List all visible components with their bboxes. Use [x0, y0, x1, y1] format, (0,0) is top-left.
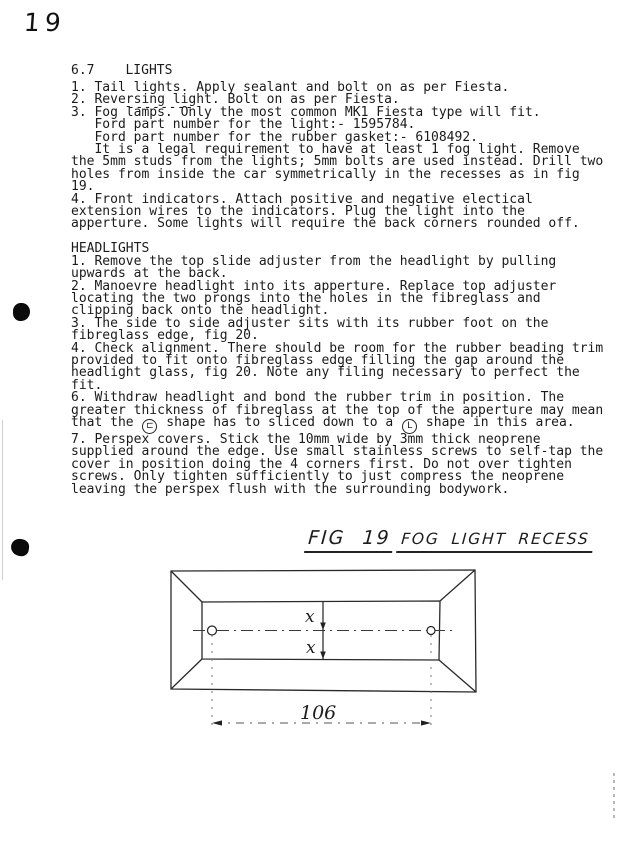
- dimension-arrow-center: [320, 623, 326, 631]
- dim-x-bottom-label: x: [306, 638, 316, 658]
- scan-artifact-right-edge: [613, 773, 615, 821]
- text-line: [71, 231, 603, 243]
- body-text: 1. Tail lights. Apply sealant and bolt o…: [71, 82, 603, 496]
- hole-punch-mark-bottom: [10, 538, 30, 557]
- dimension-arrow-bottom: [320, 652, 326, 660]
- hole-punch-mark-top: [13, 303, 30, 321]
- bevel-line-bottom-right: [439, 660, 476, 692]
- width-dimension-label: 106: [300, 702, 336, 724]
- drill-hole-left: [208, 626, 217, 635]
- scan-artifact-left-edge: [2, 420, 3, 580]
- section-title: LIGHTS: [125, 63, 172, 78]
- text-line: headlight glass, fig 20. Note any filing…: [71, 367, 603, 379]
- text-line: holes from inside the car symmetrically …: [71, 169, 603, 181]
- bevel-line-top-left: [171, 571, 202, 602]
- fog-light-recess-diagram: x x 106: [150, 520, 590, 740]
- text-line: apperture. Some lights will require the …: [71, 218, 603, 230]
- width-dimension-arrow-right: [421, 720, 431, 725]
- section-number: 6.7: [71, 63, 94, 78]
- section-heading-line: 6.7LIGHTS: [71, 65, 194, 77]
- drill-hole-right: [427, 627, 435, 635]
- width-dimension-arrow-left: [212, 720, 222, 725]
- text-line: leaving the perspex flush with the surro…: [71, 484, 603, 496]
- bevel-line-top-right: [440, 570, 475, 601]
- scanned-document-page: 19 6.7LIGHTS -------- 1. Tail lights. Ap…: [0, 0, 618, 863]
- bevel-line-bottom-left: [171, 659, 202, 689]
- dim-x-top-label: x: [305, 607, 315, 627]
- page-number: 19: [23, 8, 67, 37]
